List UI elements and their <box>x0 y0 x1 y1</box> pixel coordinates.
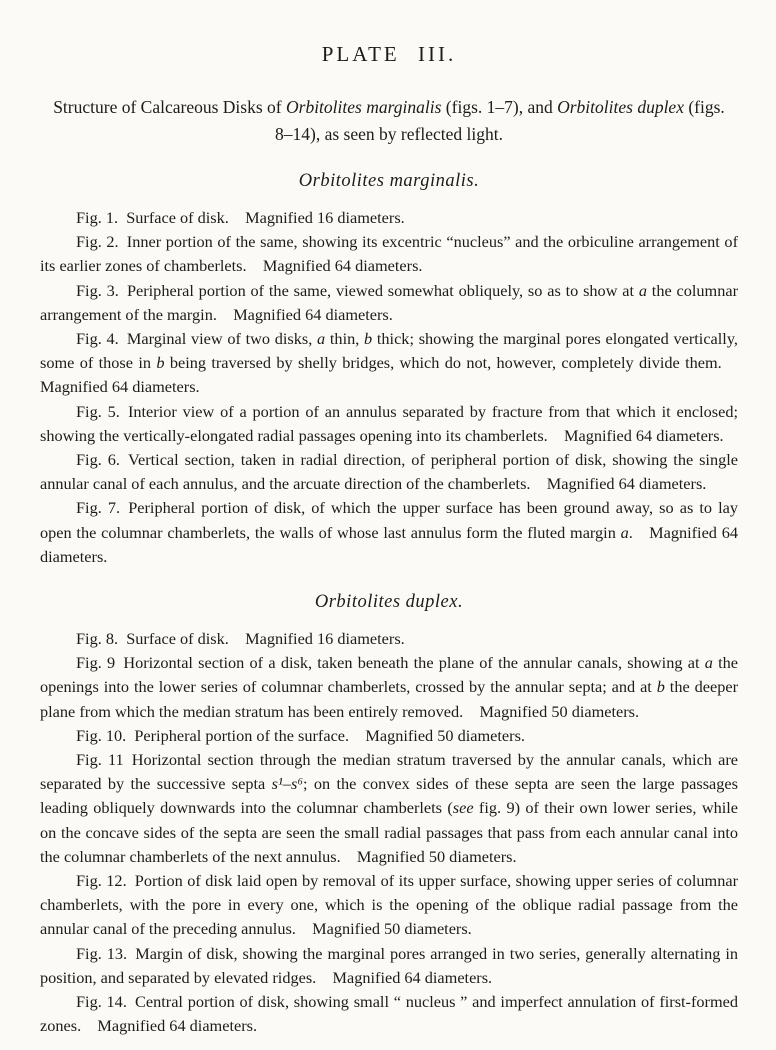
figure-description: Fig. 4. Marginal view of two disks, a th… <box>40 327 738 400</box>
italic-text-run: a <box>621 523 629 542</box>
figure-description: Fig. 6. Vertical section, taken in radia… <box>40 448 738 496</box>
text-run: Fig. 9 Horizontal section of a disk, tak… <box>76 653 705 672</box>
intro-paragraph: Structure of Calcareous Disks of Orbitol… <box>48 94 730 148</box>
text-run: Fig. 6. Vertical section, taken in radia… <box>40 450 738 493</box>
section-heading: Orbitolites duplex. <box>40 592 738 613</box>
italic-text-run: a <box>639 281 647 300</box>
text-run: thin, <box>325 329 364 348</box>
figure-description: Fig. 10. Peripheral portion of the surfa… <box>40 724 738 748</box>
text-run: Fig. 14. Central portion of disk, showin… <box>40 992 738 1035</box>
text-run: Fig. 8. Surface of disk. Magnified 16 di… <box>76 629 405 648</box>
text-run: Fig. 2. Inner portion of the same, showi… <box>40 232 738 275</box>
figure-description: Fig. 12. Portion of disk laid open by re… <box>40 869 738 942</box>
italic-text-run: a <box>317 329 325 348</box>
italic-text-run: Orbitolites duplex <box>557 97 684 117</box>
figure-description: Fig. 11 Horizontal section through the m… <box>40 748 738 869</box>
figure-description: Fig. 2. Inner portion of the same, showi… <box>40 230 738 278</box>
italic-text-run: b <box>657 677 665 696</box>
text-run: Fig. 3. Peripheral portion of the same, … <box>76 281 639 300</box>
plate-title: PLATE III. <box>40 42 738 67</box>
text-run: Fig. 4. Marginal view of two disks, <box>76 329 317 348</box>
figure-description: Fig. 5. Interior view of a portion of an… <box>40 400 738 448</box>
figure-description: Fig. 7. Peripheral portion of disk, of w… <box>40 496 738 569</box>
text-run: Fig. 12. Portion of disk laid open by re… <box>40 871 738 938</box>
text-run: Fig. 5. Interior view of a portion of an… <box>40 402 738 445</box>
scanned-document-page: PLATE III. Structure of Calcareous Disks… <box>0 0 776 1050</box>
italic-text-run: a <box>705 653 713 672</box>
italic-text-run: Orbitolites marginalis <box>286 97 441 117</box>
figure-description: Fig. 14. Central portion of disk, showin… <box>40 990 738 1038</box>
section-heading: Orbitolites marginalis. <box>40 171 738 192</box>
italic-text-run: see <box>453 798 474 817</box>
italic-text-run: b <box>364 329 372 348</box>
figure-description: Fig. 8. Surface of disk. Magnified 16 di… <box>40 627 738 651</box>
text-run: Fig. 1. Surface of disk. Magnified 16 di… <box>76 208 405 227</box>
figure-description: Fig. 1. Surface of disk. Magnified 16 di… <box>40 206 738 230</box>
figure-description: Fig. 3. Peripheral portion of the same, … <box>40 279 738 327</box>
figure-description: Fig. 9 Horizontal section of a disk, tak… <box>40 651 738 724</box>
text-run: Fig. 13. Margin of disk, showing the mar… <box>40 944 738 987</box>
figure-description: Fig. 13. Margin of disk, showing the mar… <box>40 942 738 990</box>
text-run: (figs. 1–7), and <box>441 97 557 117</box>
italic-text-run: s¹–s⁶ <box>272 774 303 793</box>
text-run: Fig. 10. Peripheral portion of the surfa… <box>76 726 525 745</box>
sections-container: Orbitolites marginalis.Fig. 1. Surface o… <box>40 171 738 1039</box>
text-run: Structure of Calcareous Disks of <box>53 97 286 117</box>
